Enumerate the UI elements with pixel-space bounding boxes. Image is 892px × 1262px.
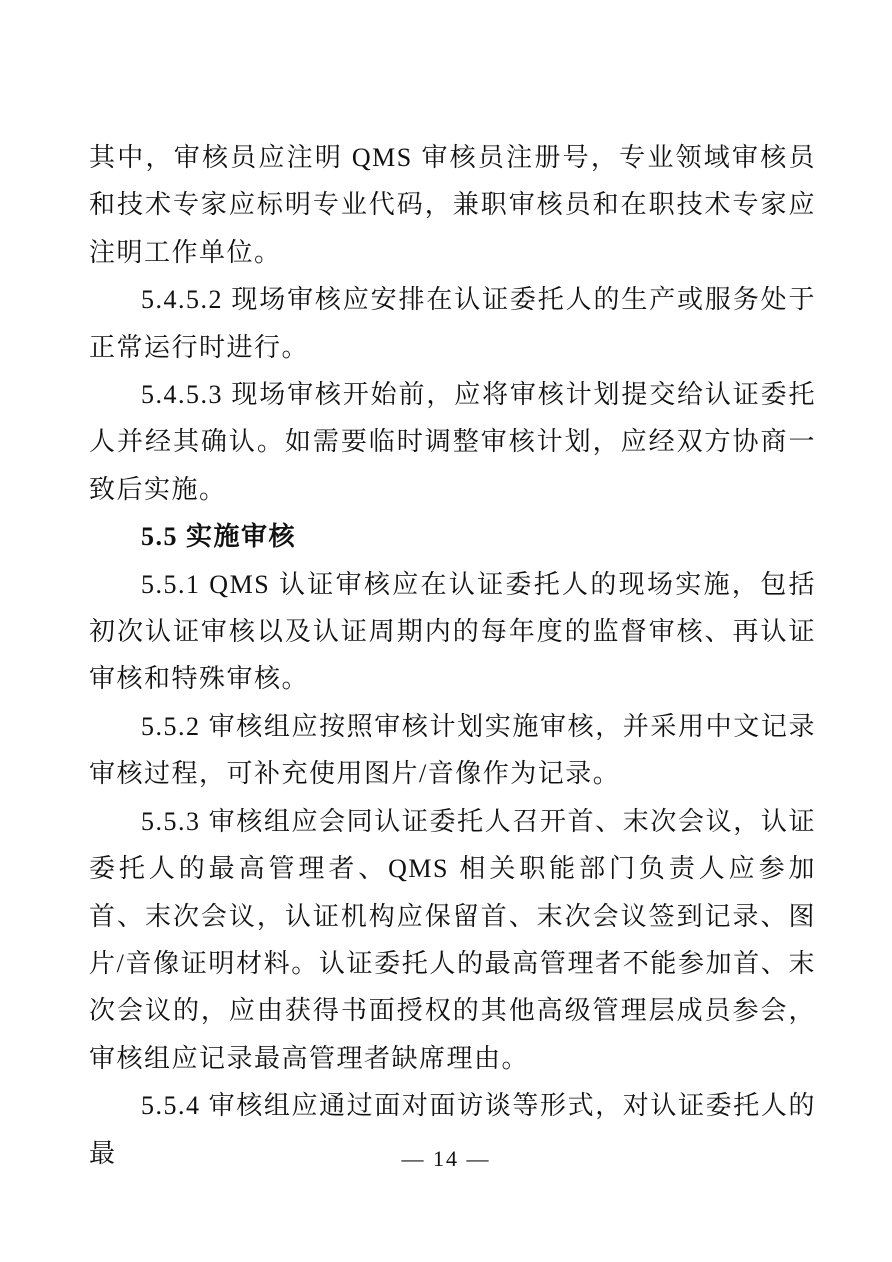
page-number: — 14 — <box>402 1146 491 1171</box>
body-paragraph-clause-5-4-5-2: 5.4.5.2 现场审核应安排在认证委托人的生产或服务处于正常运行时进行。 <box>89 276 816 371</box>
body-paragraph-clause-5-5-2: 5.5.2 审核组应按照审核计划实施审核，并采用中文记录审核过程，可补充使用图片… <box>89 703 816 798</box>
body-paragraph-clause-5-5-3: 5.5.3 审核组应会同认证委托人召开首、末次会议，认证委托人的最高管理者、QM… <box>89 798 816 1082</box>
body-paragraph-continued: 其中，审核员应注明 QMS 审核员注册号，专业领域审核员和技术专家应标明专业代码… <box>89 134 816 276</box>
section-heading-5-5: 5.5 实施审核 <box>89 513 816 560</box>
document-page: 其中，审核员应注明 QMS 审核员注册号，专业领域审核员和技术专家应标明专业代码… <box>0 0 892 1262</box>
page-content: 其中，审核员应注明 QMS 审核员注册号，专业领域审核员和技术专家应标明专业代码… <box>89 134 816 1177</box>
page-footer: — 14 — <box>0 1146 892 1172</box>
body-paragraph-clause-5-4-5-3: 5.4.5.3 现场审核开始前，应将审核计划提交给认证委托人并经其确认。如需要临… <box>89 371 816 513</box>
body-paragraph-clause-5-5-1: 5.5.1 QMS 认证审核应在认证委托人的现场实施，包括初次认证审核以及认证周… <box>89 561 816 703</box>
